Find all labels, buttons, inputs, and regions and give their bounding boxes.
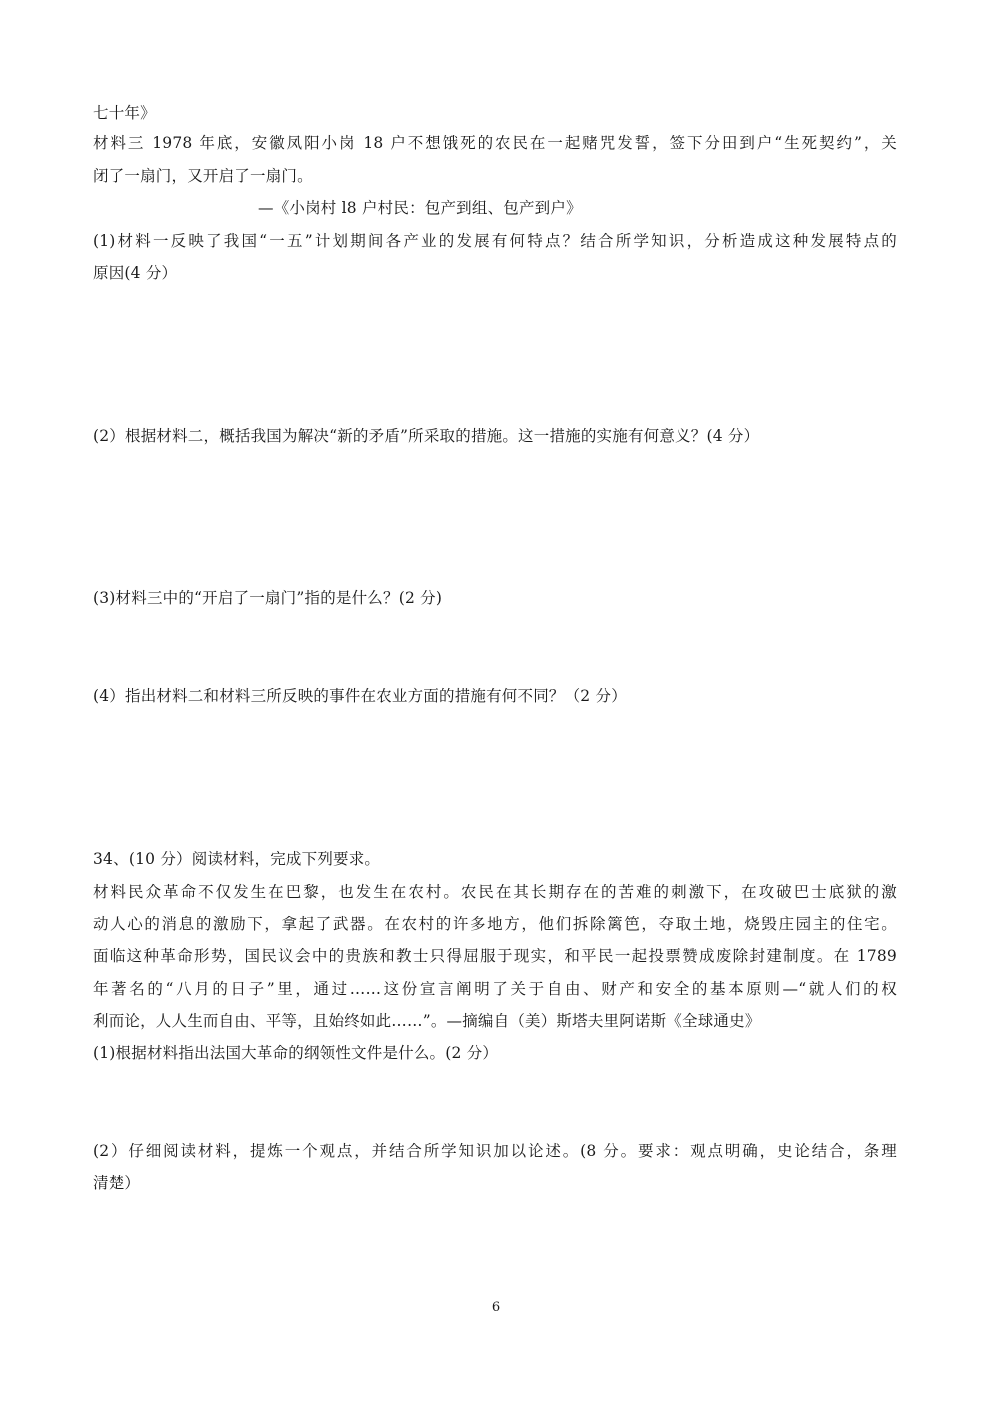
q34-material-line-2: 动人心的消息的激励下，拿起了武器。在农村的许多地方，他们拆除篱笆，夺取土地，烧毁…	[93, 914, 897, 934]
q33-3: (3)材料三中的“开启了一扇门”指的是什么？(2 分)	[93, 588, 897, 608]
material3-tail-text: 七十年》	[93, 103, 897, 123]
material3-line-1: 材料三 1978 年底，安徽凤阳小岗 18 户不想饿死的农民在一起赌咒发誓，签下…	[93, 133, 897, 153]
q34-material-line-5: 利而论，人人生而自由、平等，且始终如此……”。—摘编自（美）斯塔夫里阿诺斯《全球…	[93, 1011, 897, 1031]
q34-2-line-2: 清楚）	[93, 1173, 897, 1193]
q34-material-line-1: 材料民众革命不仅发生在巴黎，也发生在农村。农民在其长期存在的苦难的刺激下，在攻破…	[93, 882, 897, 902]
q34-2-line-1: (2）仔细阅读材料，提炼一个观点，并结合所学知识加以论述。(8 分。要求：观点明…	[93, 1141, 897, 1161]
q34-material-line-3: 面临这种革命形势，国民议会中的贵族和教士只得屈服于现实，和平民一起投票赞成废除封…	[93, 946, 897, 966]
q33-4: (4）指出材料二和材料三所反映的事件在农业方面的措施有何不同？（2 分）	[93, 686, 897, 706]
q34-material-line-4: 年著名的“八月的日子”里，通过……这份宣言阐明了关于自由、财产和安全的基本原则—…	[93, 979, 897, 999]
material3-source: —《小岗村 l8 户村民：包产到组、包产到户》	[258, 198, 582, 218]
q34-1: (1)根据材料指出法国大革命的纲领性文件是什么。(2 分）	[93, 1043, 897, 1063]
q33-1-line-1: (1)材料一反映了我国“一五”计划期间各产业的发展有何特点？结合所学知识，分析造…	[93, 231, 897, 251]
q34-header: 34、(10 分）阅读材料，完成下列要求。	[93, 849, 897, 869]
q33-2: (2）根据材料二，概括我国为解决“新的矛盾”所采取的措施。这一措施的实施有何意义…	[93, 426, 897, 446]
q33-1-line-2: 原因(4 分）	[93, 263, 897, 283]
material3-line-2: 闭了一扇门，又开启了一扇门。	[93, 166, 897, 186]
page-number: 6	[0, 1300, 992, 1315]
